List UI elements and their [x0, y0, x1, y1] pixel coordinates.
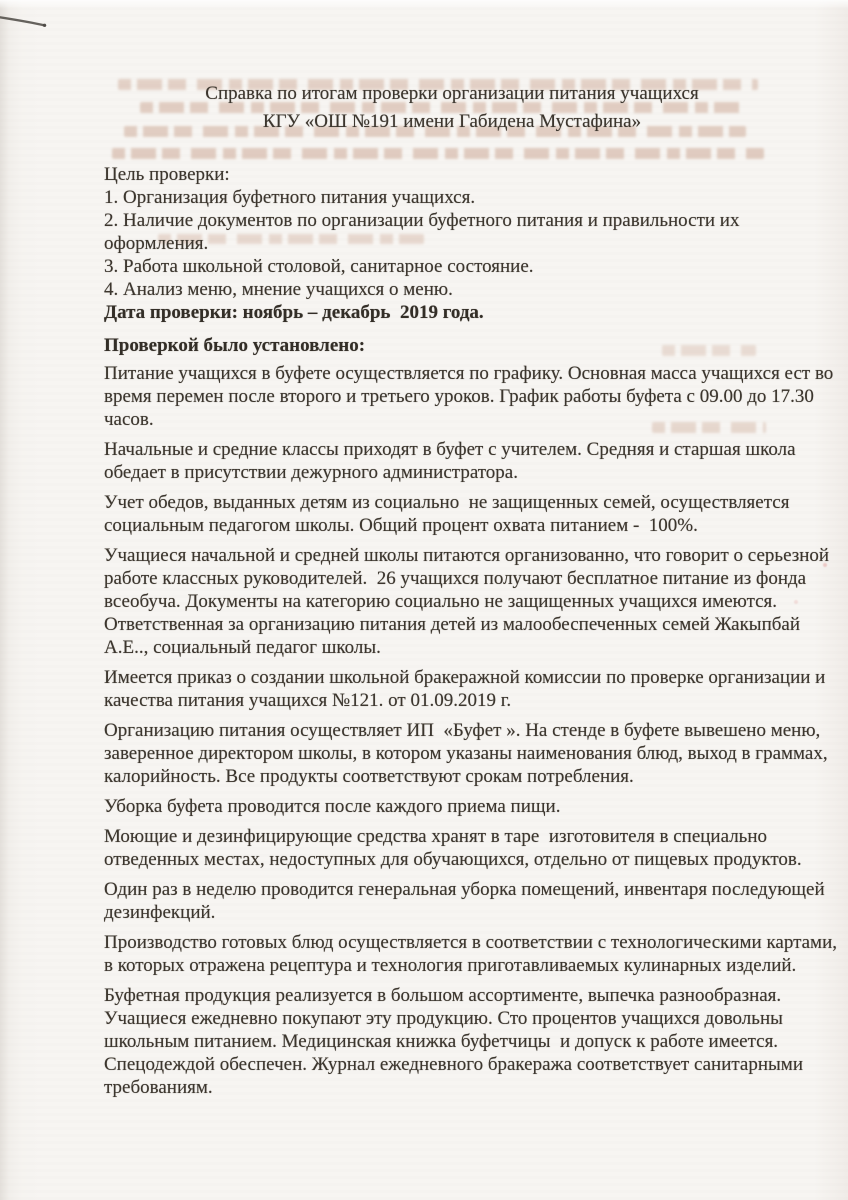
document-title: Справка по итогам проверки организации п…: [104, 82, 800, 105]
body-paragraph: Питание учащихся в буфете осуществляется…: [104, 362, 800, 431]
body-paragraph: Начальные и средние классы приходят в бу…: [104, 438, 800, 484]
inspection-date-line: Дата проверки: ноябрь – декабрь 2019 год…: [104, 301, 800, 324]
purpose-item: 4. Анализ меню, мнение учащихся о меню.: [104, 278, 800, 301]
purpose-section: Цель проверки: 1. Организация буфетного …: [104, 163, 800, 301]
body-paragraph: Организацию питания осуществляет ИП «Буф…: [104, 719, 800, 788]
document-subtitle: КГУ «ОШ №191 имени Габидена Мустафина»: [104, 110, 800, 133]
body-paragraph: Учет обедов, выданных детям из социально…: [104, 491, 800, 537]
purpose-heading: Цель проверки:: [104, 163, 800, 186]
body-paragraph: Моющие и дезинфицирующие средства хранят…: [104, 825, 800, 871]
scanned-document-page: Справка по итогам проверки организации п…: [0, 0, 848, 1200]
body-paragraph: Буфетная продукция реализуется в большом…: [104, 984, 800, 1099]
purpose-item: 3. Работа школьной столовой, санитарное …: [104, 255, 800, 278]
body-paragraph: Учащиеся начальной и средней школы питаю…: [104, 544, 800, 659]
scan-corner-line-artifact: [0, 0, 60, 36]
body-paragraph: Один раз в неделю проводится генеральная…: [104, 878, 800, 924]
purpose-item: 2. Наличие документов по организации буф…: [104, 209, 800, 255]
findings-heading: Проверкой было установлено:: [104, 334, 800, 357]
body-paragraph: Имеется приказ о создании школьной браке…: [104, 666, 800, 712]
body-paragraph: Уборка буфета проводится после каждого п…: [104, 795, 800, 818]
body-paragraph: Производство готовых блюд осуществляется…: [104, 931, 800, 977]
document-content: Справка по итогам проверки организации п…: [104, 82, 800, 1099]
purpose-item: 1. Организация буфетного питания учащихс…: [104, 186, 800, 209]
